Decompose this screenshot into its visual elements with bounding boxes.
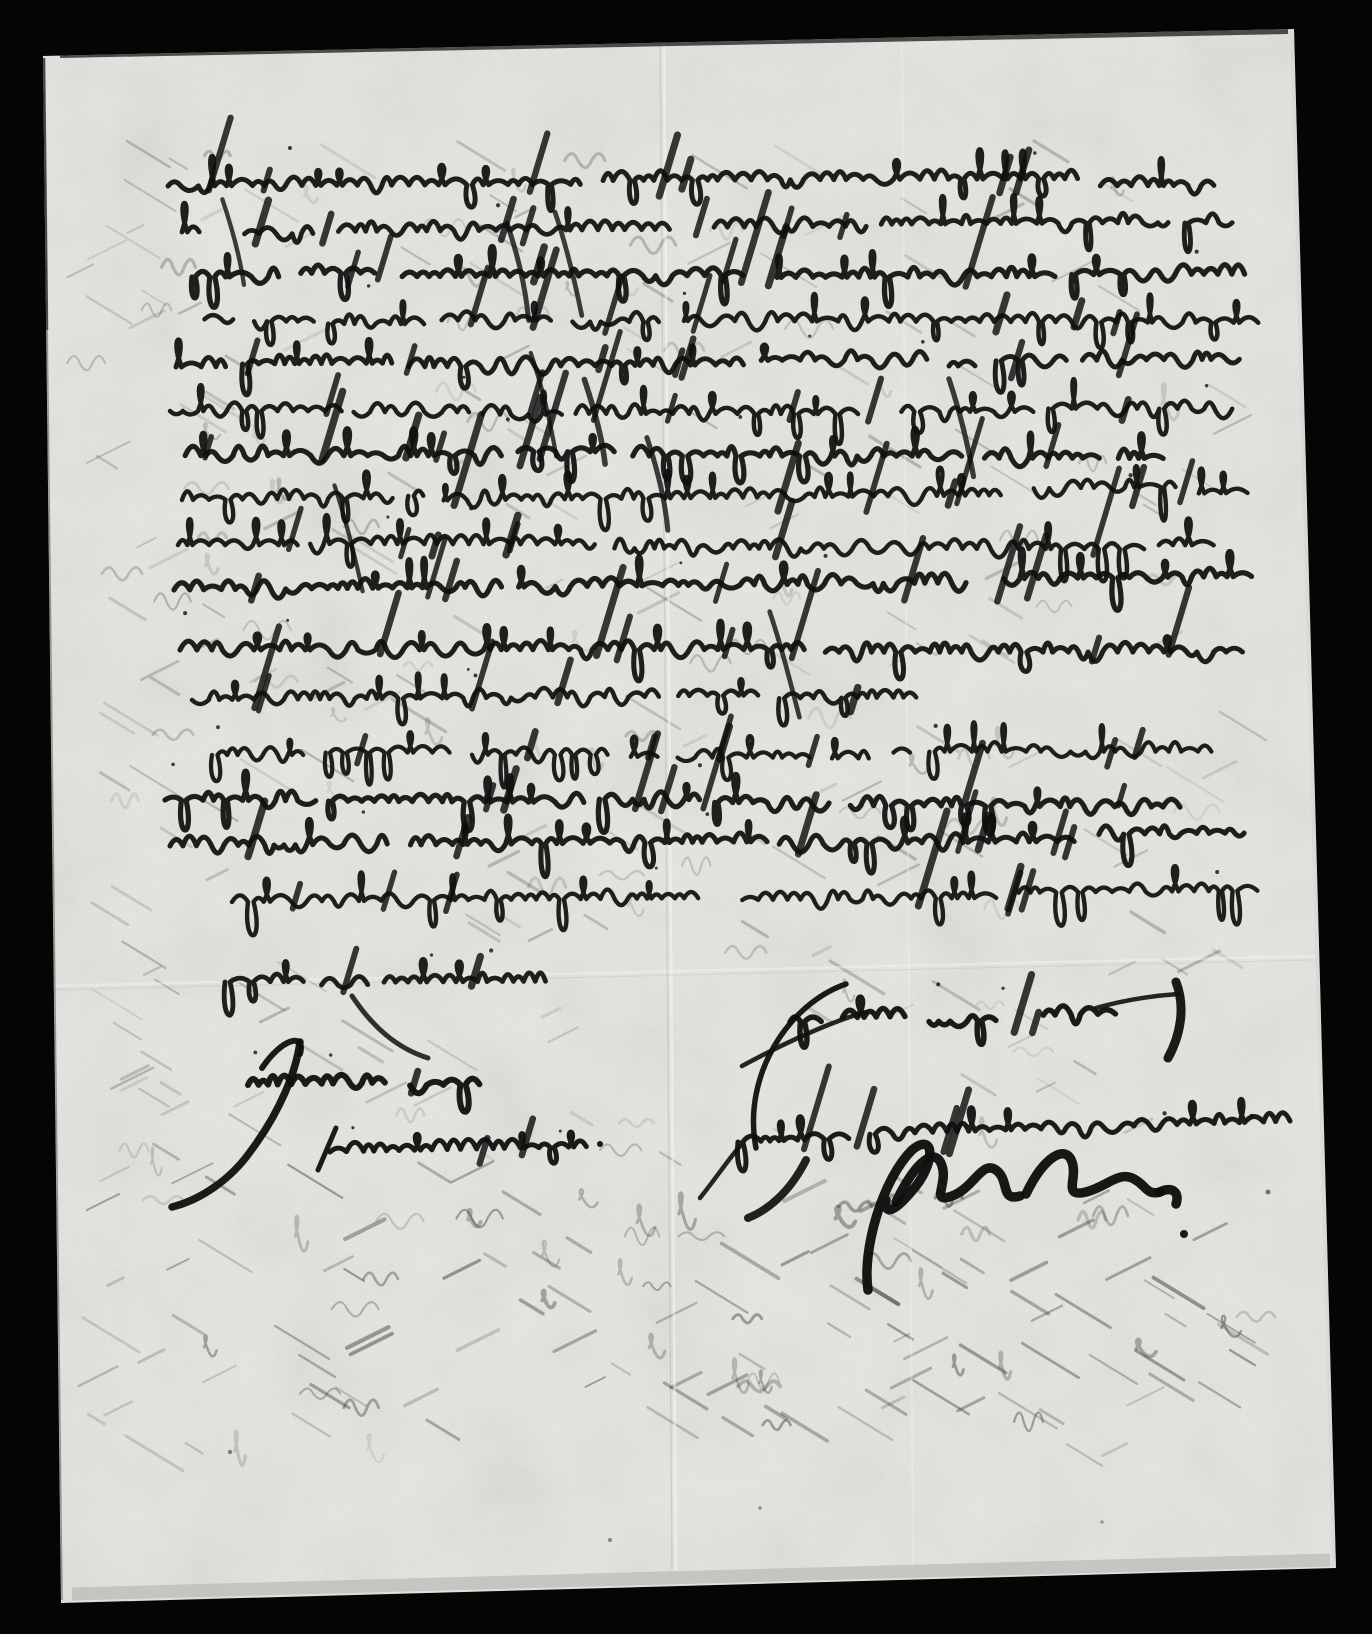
ink-speck: [1100, 1520, 1104, 1524]
i-dot: [467, 668, 470, 671]
i-dot: [496, 203, 500, 207]
i-dot: [362, 810, 365, 813]
i-dot: [921, 340, 925, 344]
i-dot: [474, 674, 478, 678]
i-dot: [1001, 987, 1004, 990]
i-dot: [679, 561, 682, 564]
i-dot: [1162, 1111, 1166, 1115]
ink-speck: [1266, 1190, 1271, 1195]
i-dot: [288, 146, 292, 150]
i-dot: [706, 812, 710, 816]
i-dot: [934, 724, 938, 728]
i-dot: [698, 763, 702, 767]
paper-grain-texture: [0, 0, 1372, 1634]
i-dot: [1033, 151, 1036, 154]
i-dot: [1129, 473, 1133, 477]
signature-period: [1180, 1230, 1188, 1238]
date-period: [597, 1141, 603, 1147]
i-dot: [183, 611, 187, 615]
i-dot: [253, 1051, 257, 1055]
i-dot: [386, 515, 389, 518]
i-dot: [462, 376, 465, 379]
i-dot: [465, 198, 468, 201]
i-dot: [655, 867, 658, 870]
i-dot: [216, 725, 220, 729]
scan-canvas: Grayscale archival scan of one page of a…: [0, 0, 1372, 1634]
i-dot: [286, 619, 289, 622]
i-dot: [1195, 250, 1199, 254]
i-dot: [936, 982, 940, 986]
i-dot: [1205, 384, 1208, 387]
i-dot: [1215, 870, 1219, 874]
i-dot: [808, 335, 811, 338]
i-dot: [469, 506, 473, 510]
i-dot: [171, 763, 175, 767]
ink-speck: [758, 1506, 762, 1510]
i-dot: [683, 292, 686, 295]
letter-scan-svg: [0, 0, 1372, 1634]
i-dot: [1186, 247, 1189, 250]
i-dot: [506, 417, 510, 421]
ink-speck: [608, 1538, 612, 1542]
i-dot: [1249, 1114, 1253, 1118]
i-dot: [489, 948, 493, 952]
i-dot: [559, 1130, 562, 1133]
i-dot: [367, 284, 370, 287]
i-dot: [329, 1053, 332, 1056]
ink-speck: [228, 1450, 232, 1454]
i-dot: [566, 465, 569, 468]
i-dot: [430, 953, 433, 956]
i-dot: [824, 554, 828, 558]
i-dot: [738, 415, 742, 419]
i-dot: [351, 1126, 354, 1129]
